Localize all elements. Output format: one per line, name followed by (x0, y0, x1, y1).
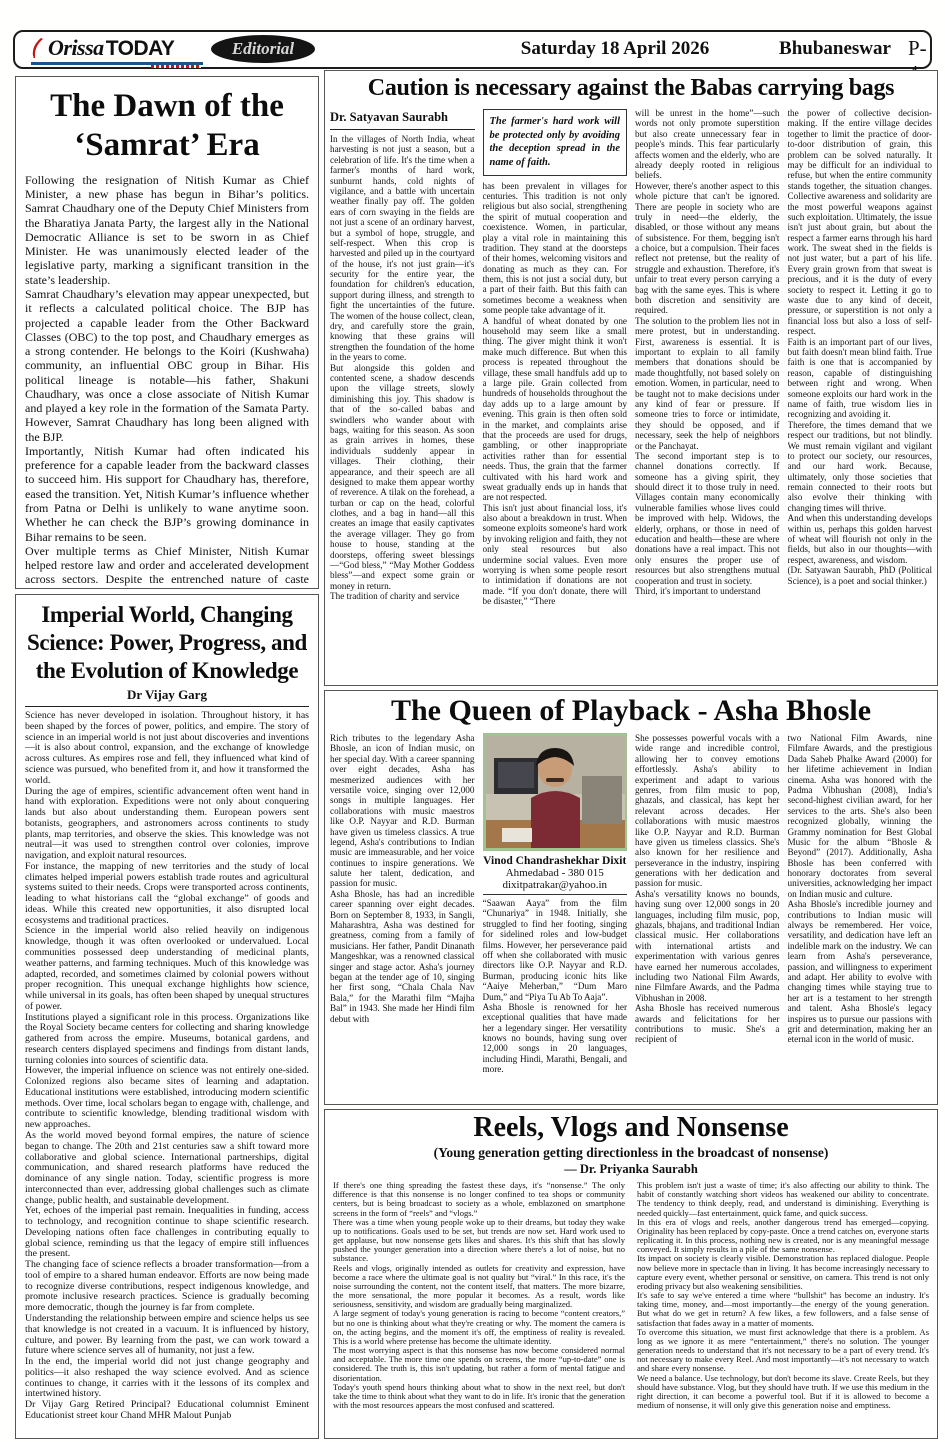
paragraph: Asha Bhosle has received numerous awards… (635, 1003, 780, 1045)
paragraph: Yet, echoes of the imperial past remain.… (25, 1206, 309, 1260)
paragraph: In the villages of North India, wheat ha… (330, 134, 475, 363)
paragraph: During the age of empires, scientific ad… (25, 787, 309, 862)
brand-tagline-strip (151, 65, 201, 68)
paragraph: This problem isn't just a waste of time;… (637, 1181, 929, 1218)
paragraph: A large segment of today's young generat… (333, 1309, 625, 1346)
paragraph: For instance, the mapping of new territo… (25, 862, 309, 927)
paragraph: Reels and vlogs, originally intended as … (333, 1264, 625, 1310)
babas-col4-text: the power of collective decision-making.… (788, 108, 933, 586)
paragraph: Dr Vijay Garg Retired Principal? Educati… (25, 1400, 309, 1422)
babas-author: Dr. Satyavan Saurabh (330, 108, 475, 130)
paragraph: “Saawan Aaya” from the film “Chunariya” … (483, 898, 628, 1002)
paragraph: The most worrying aspect is that this no… (333, 1346, 625, 1383)
paragraph: The second important step is to channel … (635, 451, 780, 586)
newspaper-page: Orissa TODAY Editorial Saturday 18 April… (0, 0, 945, 1442)
brand-logo: Orissa TODAY (31, 35, 221, 68)
paragraph: We need a balance. Use technology, but d… (637, 1374, 929, 1411)
paragraph: If there's one thing spreading the faste… (333, 1181, 625, 1218)
paragraph: To overcome this situation, we must firs… (637, 1328, 929, 1374)
paragraph: Asha Bhosle is renowned for her exceptio… (483, 1002, 628, 1075)
asha-col1-text: Rich tributes to the legendary Asha Bhos… (330, 733, 475, 1024)
asha-column-3: She possesses powerful vocals with a wid… (635, 733, 780, 1075)
paragraph: And when this understanding develops wit… (788, 513, 933, 565)
asha-column-2: Vinod Chandrashekhar Dixit Ahmedabad - 3… (483, 733, 628, 1075)
photo-caption-city: Ahmedabad - 380 015 (483, 867, 628, 879)
photo-caption-name: Vinod Chandrashekhar Dixit (483, 855, 628, 867)
portrait-photo (486, 736, 625, 848)
reels-col1-text: If there's one thing spreading the faste… (333, 1181, 625, 1410)
paragraph: Asha's versatility knows no bounds, havi… (635, 889, 780, 1003)
brand-orissa: Orissa (48, 35, 104, 61)
reels-column-1: If there's one thing spreading the faste… (333, 1181, 625, 1410)
imperial-body: Science has never developed in isolation… (25, 711, 309, 1422)
paragraph: Following the resignation of Nitish Kuma… (25, 173, 309, 287)
babas-column-3: will be unrest in the home”—such words n… (635, 108, 780, 607)
issue-date: Saturday 18 April 2026 (470, 38, 760, 60)
article-asha-bhosle: The Queen of Playback - Asha Bhosle Rich… (324, 690, 938, 1105)
paragraph: Therefore, the times demand that we resp… (788, 420, 933, 514)
asha-col2-text: “Saawan Aaya” from the film “Chunariya” … (483, 898, 628, 1075)
asha-col4-text: two National Film Awards, nine Filmfare … (788, 733, 933, 1045)
editorial-badge: Editorial (211, 35, 315, 63)
reels-col2-text: This problem isn't just a waste of time;… (637, 1181, 929, 1410)
brand-today: TODAY (106, 37, 175, 61)
paragraph: She possesses powerful vocals with a wid… (635, 733, 780, 889)
pull-quote: The farmer's hard work will be protected… (483, 109, 628, 176)
paragraph: (Dr. Satyawan Saurabh, PhD (Political Sc… (788, 565, 933, 586)
paragraph: This isn't just about financial loss, it… (483, 503, 628, 607)
paragraph: Science in the imperial world also relie… (25, 926, 309, 1012)
article-imperial-science: Imperial World, Changing Science: Power,… (15, 594, 319, 1439)
city-label: Bhubaneswar (775, 38, 895, 60)
paragraph: Over multiple terms as Chief Minister, N… (25, 544, 309, 589)
paragraph: the power of collective decision-making.… (788, 108, 933, 337)
paragraph: Asha Bhosle's incredible journey and con… (788, 899, 933, 1044)
paragraph: The tradition of charity and service (330, 591, 475, 601)
author-photo: Vinod Chandrashekhar Dixit Ahmedabad - 3… (483, 733, 628, 895)
paragraph: Science has never developed in isolation… (25, 711, 309, 786)
imperial-title: Imperial World, Changing Science: Power,… (25, 601, 309, 685)
babas-column-2: The farmer's hard work will be protected… (483, 108, 628, 607)
paragraph: Understanding the relationship between e… (25, 1314, 309, 1357)
paragraph: Samrat Chaudhary’s elevation may appear … (25, 287, 309, 444)
reels-title: Reels, Vlogs and Nonsense (333, 1112, 929, 1144)
reels-subtitle: (Young generation getting directionless … (333, 1145, 929, 1161)
paragraph: In the end, the imperial world did not j… (25, 1357, 309, 1400)
article-reels-vlogs: Reels, Vlogs and Nonsense (Young generat… (324, 1109, 938, 1439)
author-rule (25, 706, 309, 707)
paragraph: Importantly, Nitish Kumar had often indi… (25, 444, 309, 544)
paragraph: But alongside this golden and contented … (330, 363, 475, 592)
paragraph: Asha Bhosle, has had an incredible caree… (330, 889, 475, 1024)
caption-rule (483, 894, 628, 895)
paragraph: However, there's another aspect to this … (635, 181, 780, 316)
paragraph: Rich tributes to the legendary Asha Bhos… (330, 733, 475, 889)
babas-col2-text: has been prevalent in villages for centu… (483, 181, 628, 607)
reels-column-2: This problem isn't just a waste of time;… (637, 1181, 929, 1410)
asha-column-4: two National Film Awards, nine Filmfare … (788, 733, 933, 1075)
reels-byline: — Dr. Priyanka Saurabh (333, 1162, 929, 1177)
asha-col3-text: She possesses powerful vocals with a wid… (635, 733, 780, 1045)
samrat-title: The Dawn of the ‘Samrat’ Era (25, 87, 309, 165)
editorial-badge-label: Editorial (232, 39, 294, 59)
paragraph: The changing face of science reflects a … (25, 1260, 309, 1314)
imperial-author: Dr Vijay Garg (25, 687, 309, 703)
quill-icon (31, 38, 45, 58)
paragraph: Faith is an important part of our lives,… (788, 337, 933, 420)
masthead: Orissa TODAY Editorial Saturday 18 April… (13, 30, 932, 69)
asha-column-1: Rich tributes to the legendary Asha Bhos… (330, 733, 475, 1075)
paragraph: will be unrest in the home”—such words n… (635, 108, 780, 181)
paragraph: Institutions played a significant role i… (25, 1013, 309, 1067)
paragraph: The solution to the problem lies not in … (635, 316, 780, 451)
babas-col3-text: will be unrest in the home”—such words n… (635, 108, 780, 596)
paragraph: Its impact on society is clearly visible… (637, 1254, 929, 1291)
asha-title: The Queen of Playback - Asha Bhosle (330, 694, 932, 728)
paragraph: As the world moved beyond formal empires… (25, 1131, 309, 1206)
paragraph: However, the imperial influence on scien… (25, 1066, 309, 1131)
article-samrat-era: The Dawn of the ‘Samrat’ Era Following t… (15, 76, 319, 589)
babas-column-4: the power of collective decision-making.… (788, 108, 933, 607)
paragraph: In this era of vlogs and reels, another … (637, 1218, 929, 1255)
babas-column-1: Dr. Satyavan Saurabh In the villages of … (330, 108, 475, 607)
paragraph: A handful of wheat donated by one househ… (483, 316, 628, 503)
paragraph: two National Film Awards, nine Filmfare … (788, 733, 933, 899)
paragraph: Today's youth spend hours thinking about… (333, 1383, 625, 1411)
samrat-body: Following the resignation of Nitish Kuma… (25, 173, 309, 589)
babas-title: Caution is necessary against the Babas c… (330, 75, 932, 102)
paragraph: There was a time when young people woke … (333, 1218, 625, 1264)
paragraph: Third, it's important to understand (635, 586, 780, 596)
paragraph: It's safe to say we've entered a time wh… (637, 1291, 929, 1328)
article-babas: Caution is necessary against the Babas c… (324, 70, 938, 686)
photo-caption-email: dixitpatrakar@yahoo.in (483, 879, 628, 891)
paragraph: has been prevalent in villages for centu… (483, 181, 628, 316)
babas-col1-text: In the villages of North India, wheat ha… (330, 134, 475, 602)
